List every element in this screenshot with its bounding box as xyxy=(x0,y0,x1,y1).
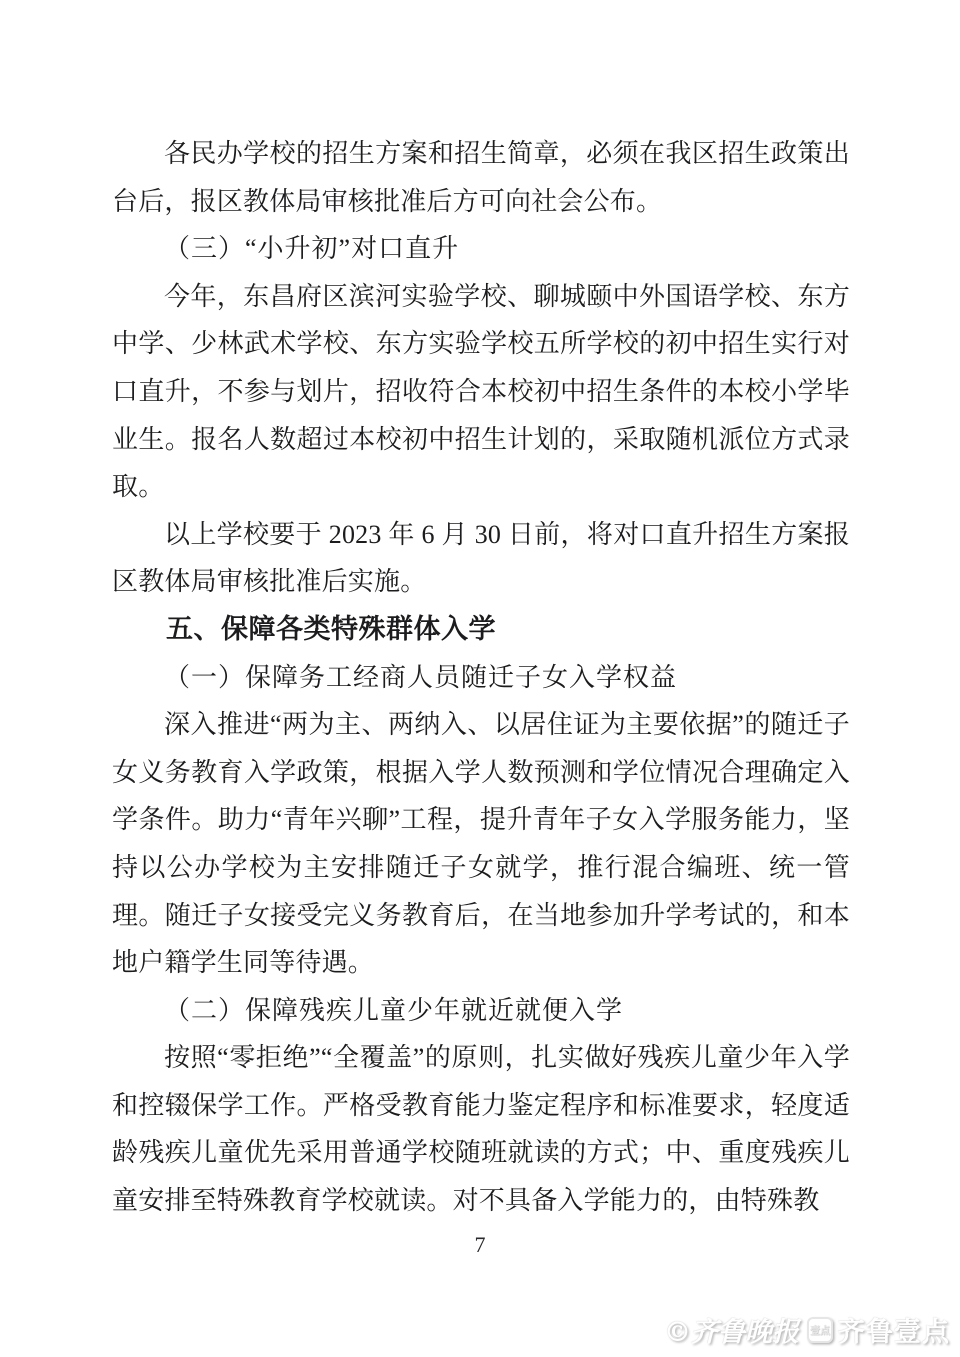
qilu-watermark: ©齐鲁晚报 壹点 齐鲁壹点 xyxy=(664,1310,950,1349)
page-number: 7 xyxy=(0,1232,960,1258)
yidian-app-icon: 壹点 xyxy=(807,1317,833,1343)
copyright-icon: © xyxy=(664,1317,691,1348)
subheading-migrant-children-rights: （一）保障务工经商人员随迁子女入学权益 xyxy=(112,654,850,702)
subheading-disabled-children-enrollment: （二）保障残疾儿童少年就近就便入学 xyxy=(112,987,850,1035)
paragraph-migrant-children-policy: 深入推进“两为主、两纳入、以居住证为主要依据”的随迁子女义务教育入学政策，根据入… xyxy=(112,701,850,987)
qilu-evening-news-logo: ©齐鲁晚报 xyxy=(664,1310,799,1349)
paragraph-private-school-approval: 各民办学校的招生方案和招生简章，必须在我区招生政策出台后，报区教体局审核批准后方… xyxy=(112,130,850,225)
qilu-yidian-logo: 壹点 齐鲁壹点 xyxy=(807,1310,950,1349)
paragraph-deadline-june-30: 以上学校要于 2023 年 6 月 30 日前，将对口直升招生方案报区教体局审核… xyxy=(112,511,850,606)
newspaper-name-text: 齐鲁晚报 xyxy=(691,1317,799,1348)
heading-section-5-special-groups: 五、保障各类特殊群体入学 xyxy=(112,606,850,654)
document-text-block: 各民办学校的招生方案和招生简章，必须在我区招生政策出台后，报区教体局审核批准后方… xyxy=(112,130,850,1225)
document-page: 各民办学校的招生方案和招生简章，必须在我区招生政策出台后，报区教体局审核批准后方… xyxy=(0,0,960,1357)
paragraph-five-schools-direct-promotion: 今年，东昌府区滨河实验学校、聊城颐中外国语学校、东方中学、少林武术学校、东方实验… xyxy=(112,273,850,511)
paragraph-disabled-children-policy: 按照“零拒绝”“全覆盖”的原则，扎实做好残疾儿童少年入学和控辍保学工作。严格受教… xyxy=(112,1034,850,1224)
app-name-text: 齐鲁壹点 xyxy=(838,1310,950,1349)
subheading-section-3-direct-promotion: （三）“小升初”对口直升 xyxy=(112,225,850,273)
